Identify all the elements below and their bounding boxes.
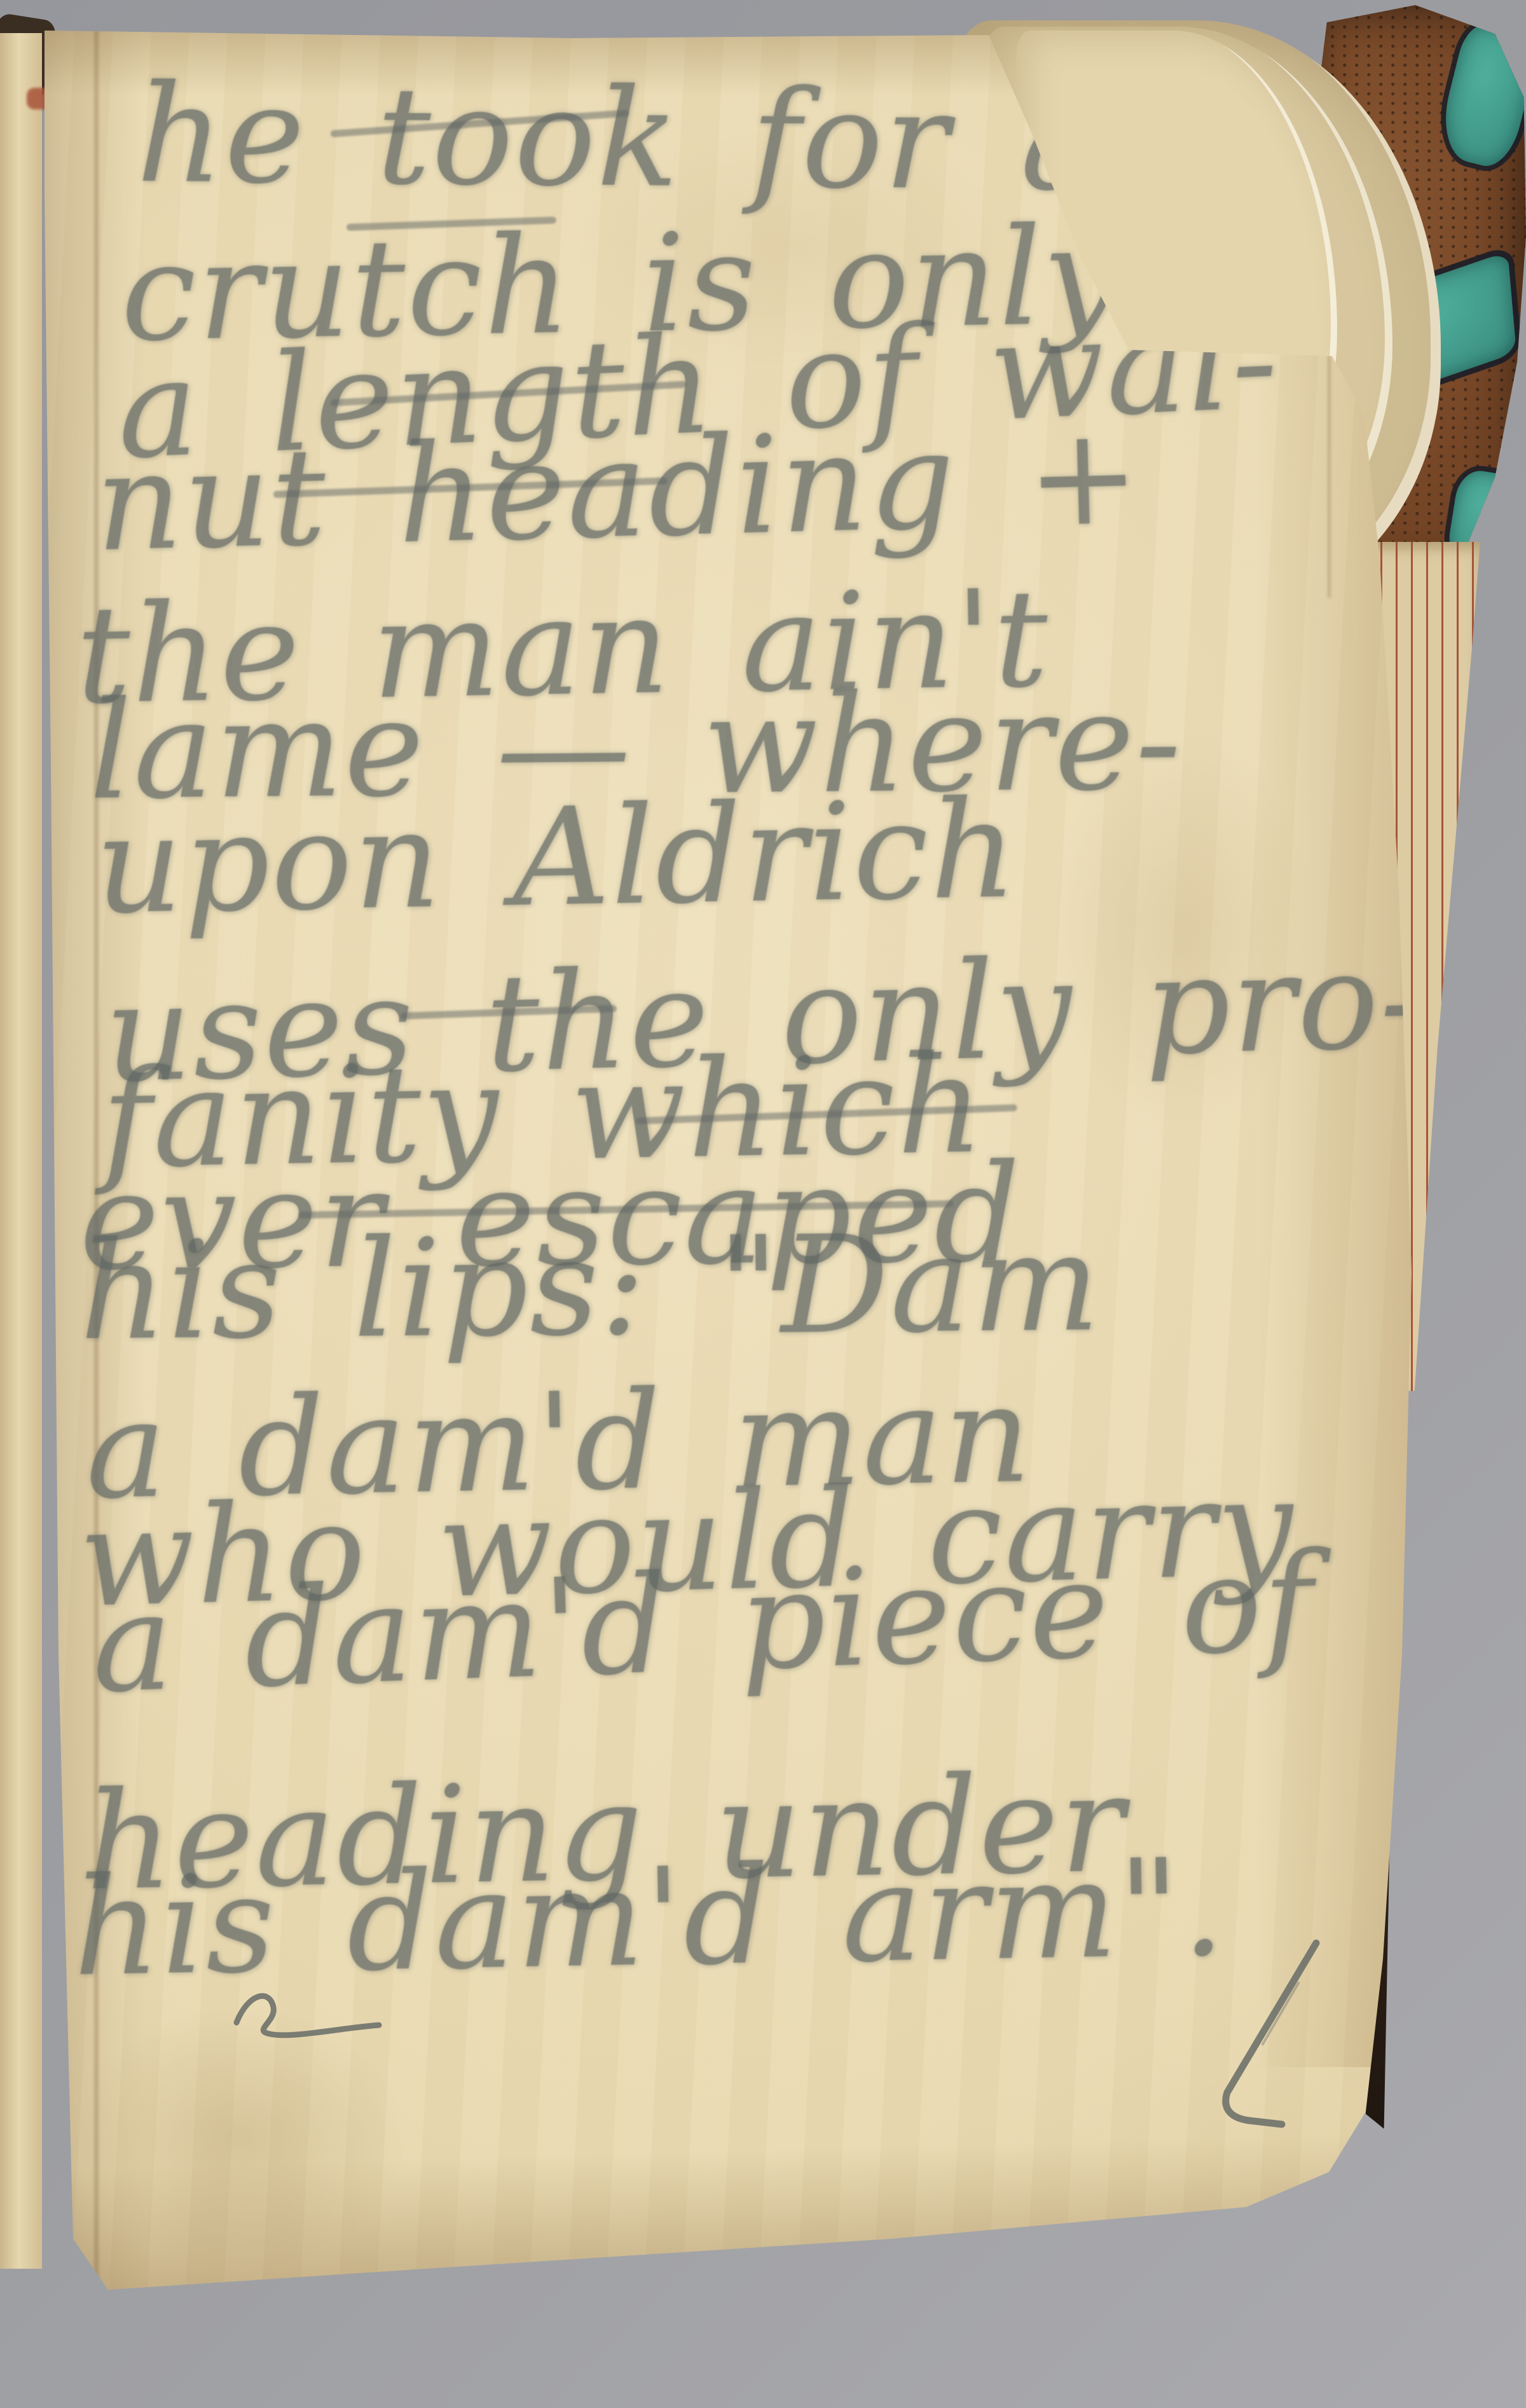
handwritten-line: upon Aldrich <box>94 782 1019 933</box>
handwritten-line: his dam'd arm". <box>72 1840 1227 1995</box>
handwritten-line: nut heading + <box>93 408 1143 571</box>
handwritten-line: he took for a <box>136 67 1103 210</box>
cover-teal-patch <box>1434 21 1526 172</box>
handwritten-line: his lips: "Dam <box>79 1215 1101 1359</box>
paper-stain <box>76 2003 407 2271</box>
notebook-photo: he took for a crutch is only a length of… <box>0 0 1526 2408</box>
notebook-page: he took for a crutch is only a length of… <box>0 0 1526 2408</box>
handwritten-line: a dam'd piece of <box>90 1535 1316 1712</box>
previous-page-edge <box>0 33 42 2269</box>
